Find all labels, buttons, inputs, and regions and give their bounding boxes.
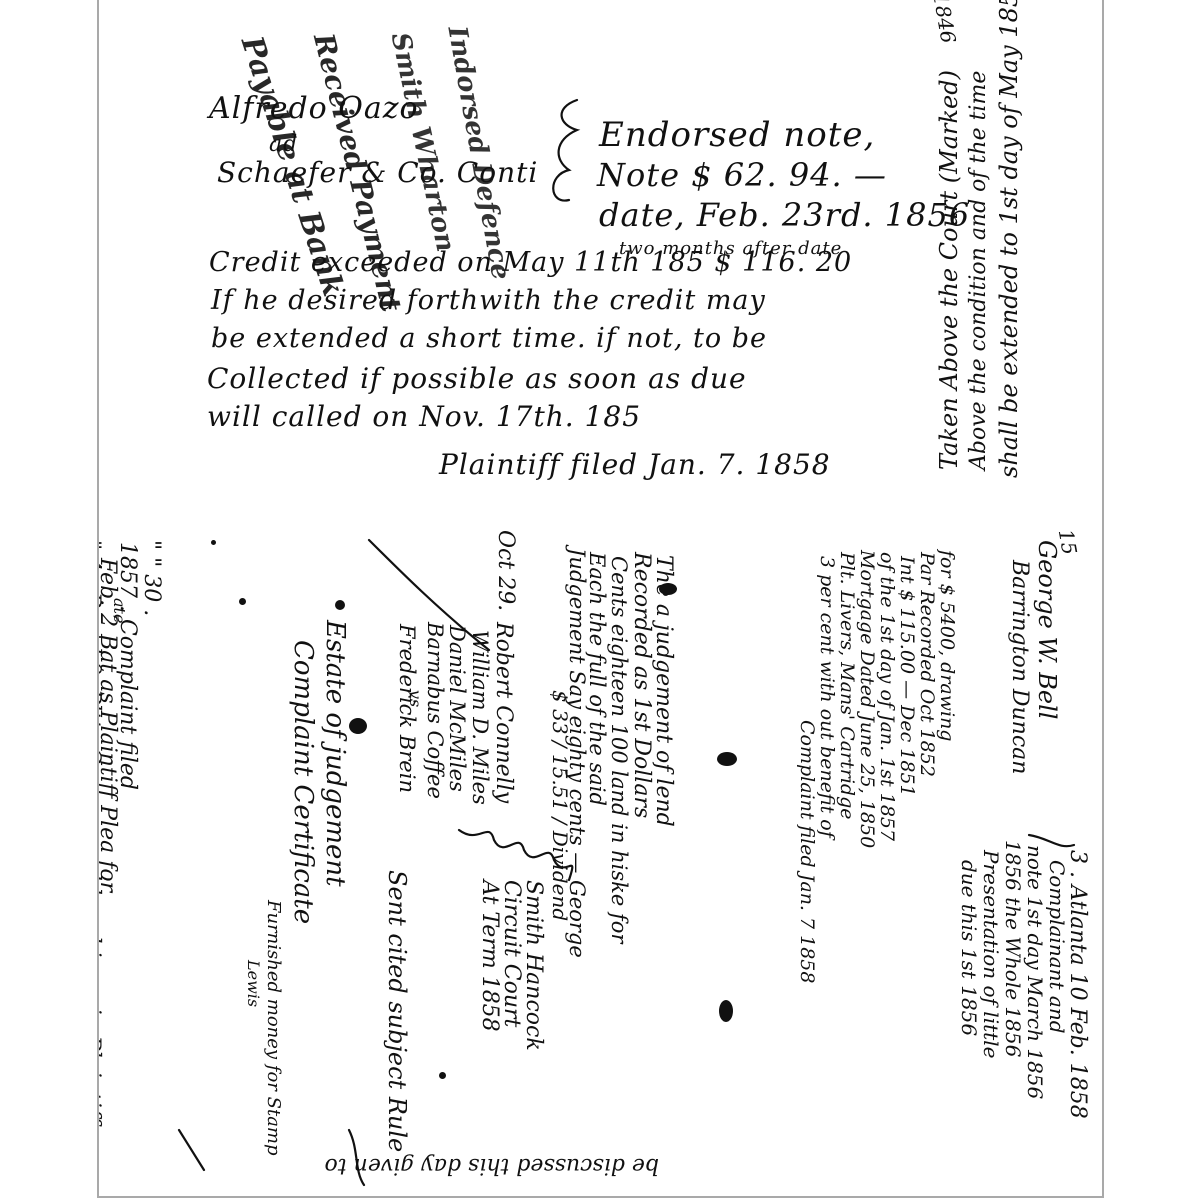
vertical-script-line: Taken Above the Court (Marked): [934, 70, 964, 470]
vertical-script-line: Above the condition and of the time: [964, 71, 994, 470]
name-line: Frederick Brein: [393, 624, 421, 793]
page-number: 15: [1054, 527, 1082, 556]
script-line: will called on Nov. 17th. 185: [207, 400, 641, 434]
vertical-script-line: Lewis: [239, 960, 267, 1007]
ink-speck: [439, 1072, 446, 1079]
bottom-script-line: be discussed this day given to: [325, 1150, 659, 1180]
corner-mark: 1846: [928, 0, 960, 45]
ink-speck: [335, 600, 345, 610]
signature-line: Plaintiff filed Jan. 7. 1858: [439, 448, 831, 482]
vertical-script-line: ate: [105, 598, 133, 623]
vertical-script-line: Furnished money for Stamp: [259, 900, 287, 1156]
ink-speck: [211, 540, 216, 545]
ink-speck: [717, 752, 737, 766]
script-line: date, Feb. 23rd. 1856: [599, 198, 970, 232]
script-line: Endorsed note,: [599, 118, 875, 152]
vertical-script-line: Complaint Certificate: [289, 640, 317, 924]
vertical-script-line: " 4 . Rec'd 9. Pltts Copy — and bond in …: [97, 540, 105, 1123]
ink-speck: [349, 718, 367, 734]
vertical-script-line: Barrington Duncan: [1005, 560, 1033, 774]
court-line: At Term 1858: [475, 880, 503, 1032]
vertical-script-line: " " 30 .: [137, 540, 165, 616]
ink-speck: [239, 598, 246, 605]
ink-speck: [719, 1000, 733, 1022]
vertical-script-line: due this 1st 1856: [955, 860, 983, 1036]
script-line: Collected if possible as soon as due: [207, 362, 747, 396]
vertical-script-line: Judgement Say eighty cents — George: [563, 548, 591, 958]
name-line: Barnabus Coffee: [421, 622, 449, 799]
date-note: Oct 29.: [491, 530, 519, 611]
stamp-panel: Alfredo Oazo ad Schaefer & Co. Conti End…: [97, 0, 1104, 1198]
vertical-script-line: Estate of judgement: [321, 620, 349, 887]
vertical-script-line: George W. Bell: [1033, 540, 1061, 719]
script-line: If he desired forthwith the credit may: [211, 284, 766, 318]
vertical-script-line: Complaint filed Jan. 7 1858: [793, 720, 821, 984]
vertical-script-line: shall be extended to 1st day of May 1858: [994, 0, 1024, 478]
vertical-script-line: Sent cited subject Rule: [383, 870, 411, 1152]
script-line: be extended a short time. if not, to be: [211, 322, 767, 356]
ink-speck: [659, 583, 677, 595]
script-line: Note $ 62. 94. —: [597, 158, 887, 192]
script-line: Alfredo Oazo: [209, 92, 419, 126]
